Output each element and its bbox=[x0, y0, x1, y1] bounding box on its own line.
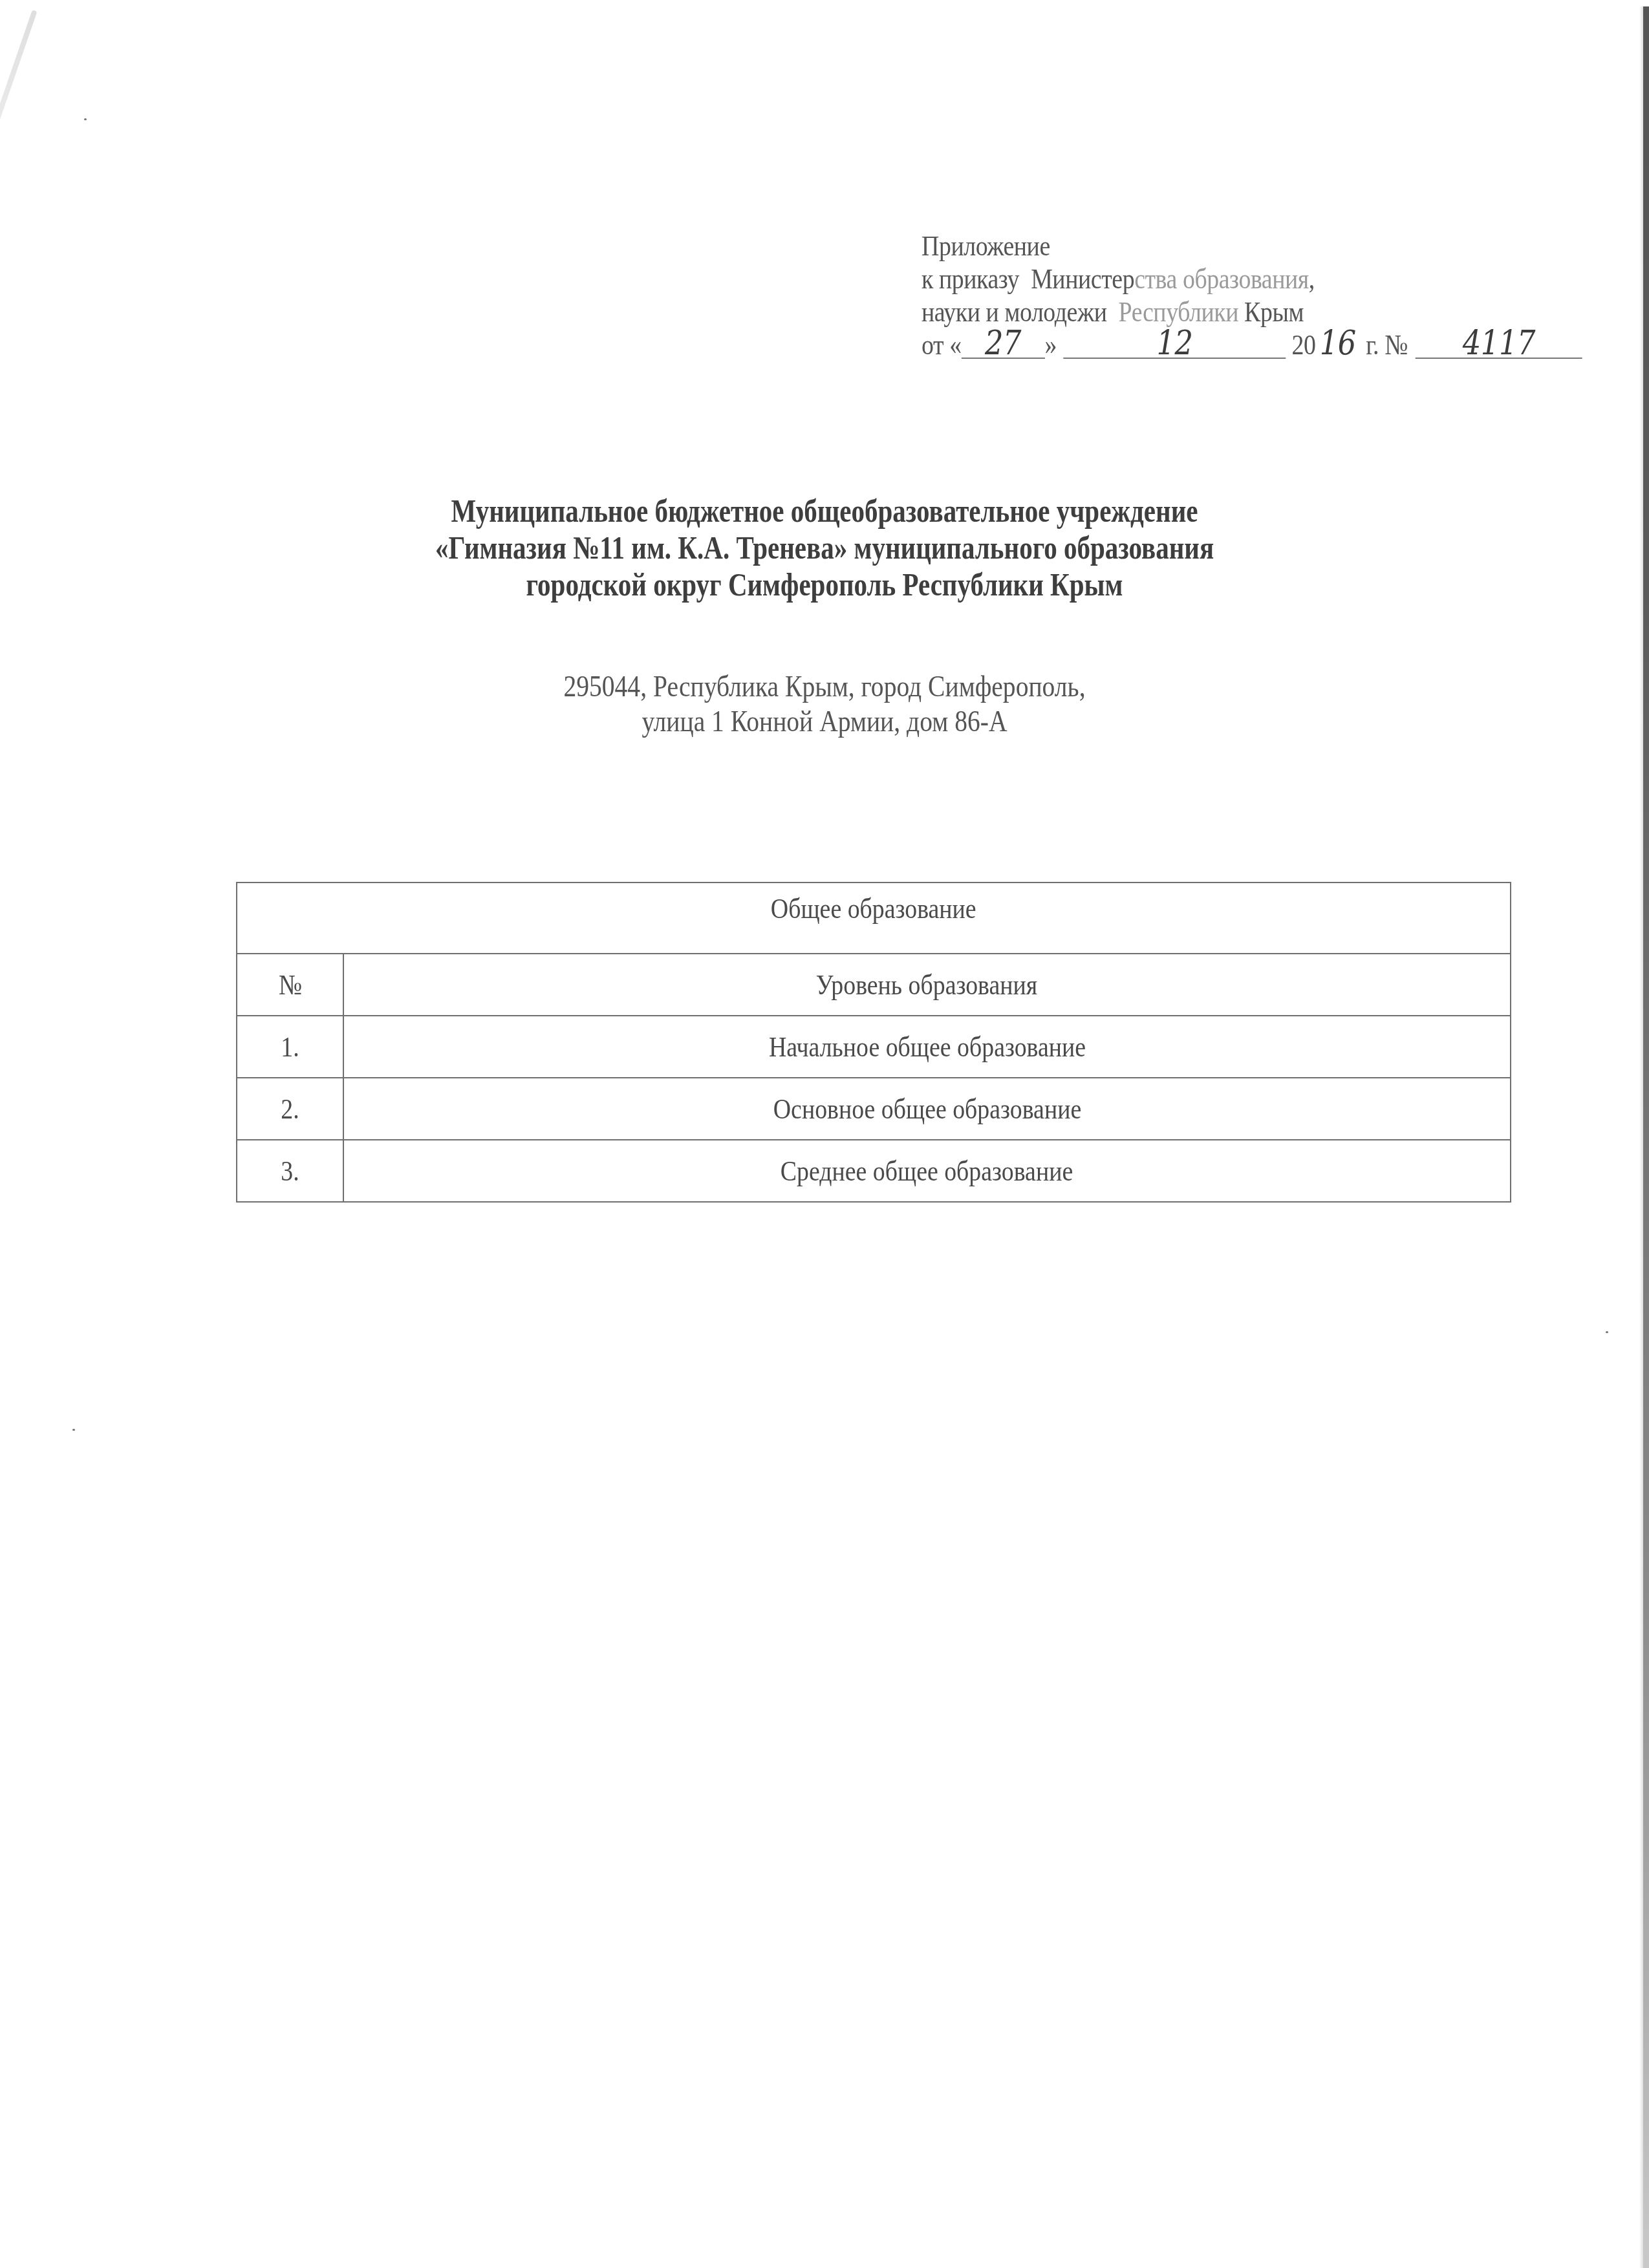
appendix-header: Приложение к приказу Министерства образо… bbox=[921, 230, 1582, 361]
row-number-text: 3. bbox=[281, 1155, 299, 1188]
table-row: 2. Основное общее образование bbox=[237, 1078, 1511, 1140]
scan-streak-artifact bbox=[0, 10, 38, 213]
handwritten-order-number: 4117 bbox=[1416, 329, 1582, 359]
handwritten-year: 16 bbox=[1315, 329, 1360, 358]
year-prefix: 20 bbox=[1286, 329, 1315, 361]
scan-page-edge bbox=[1643, 6, 1649, 2268]
row-level-text: Среднее общее образование bbox=[781, 1155, 1073, 1188]
header-level-text: Уровень образования bbox=[816, 968, 1037, 1001]
address-line-2: улица 1 Конной Армии, дом 86-А bbox=[116, 704, 1534, 739]
scan-speck-artifact bbox=[72, 1429, 75, 1431]
institution-line-1: Муниципальное бюджетное общеобразователь… bbox=[149, 493, 1501, 530]
institution-line-2: «Гимназия №11 им. К.А. Тренева» муниципа… bbox=[149, 530, 1501, 566]
table-row: 1. Начальное общее образование bbox=[237, 1016, 1511, 1078]
education-levels-table: Общее образование № Уровень образования … bbox=[236, 882, 1511, 1203]
row-number: 2. bbox=[237, 1078, 343, 1140]
date-prefix: от « bbox=[921, 329, 962, 361]
header-number: № bbox=[237, 954, 343, 1016]
row-number: 3. bbox=[237, 1140, 343, 1202]
row-level-text: Основное общее образование bbox=[773, 1093, 1081, 1126]
institution-line-3: городской округ Симферополь Республики К… bbox=[149, 566, 1501, 603]
handwritten-month: 12 bbox=[1063, 329, 1286, 359]
address-line-1: 295044, Республика Крым, город Симферопо… bbox=[116, 669, 1534, 704]
row-number-text: 2. bbox=[281, 1093, 299, 1126]
appendix-title: Приложение bbox=[921, 230, 1582, 262]
institution-name: Муниципальное бюджетное общеобразователь… bbox=[0, 493, 1649, 603]
table-caption-row: Общее образование bbox=[237, 883, 1511, 954]
scan-speck-artifact bbox=[1606, 1331, 1608, 1333]
row-level-text: Начальное общее образование bbox=[768, 1031, 1085, 1064]
institution-address: 295044, Республика Крым, город Симферопо… bbox=[0, 669, 1649, 739]
row-number: 1. bbox=[237, 1016, 343, 1078]
table-row: 3. Среднее общее образование bbox=[237, 1140, 1511, 1202]
table-caption: Общее образование bbox=[237, 883, 1511, 954]
table-caption-text: Общее образование bbox=[771, 892, 976, 925]
scan-speck-artifact bbox=[84, 118, 87, 120]
header-number-text: № bbox=[278, 968, 301, 1001]
appendix-order-line-1: к приказу Министерства образования, bbox=[921, 262, 1582, 295]
handwritten-day: 27 bbox=[962, 329, 1045, 359]
row-level: Основное общее образование bbox=[343, 1078, 1511, 1140]
table-header-row: № Уровень образования bbox=[237, 954, 1511, 1016]
row-level: Начальное общее образование bbox=[343, 1016, 1511, 1078]
header-level: Уровень образования bbox=[343, 954, 1511, 1016]
row-level: Среднее общее образование bbox=[343, 1140, 1511, 1202]
appendix-date-line: от «27»12 2016 г. №4117 bbox=[921, 328, 1582, 361]
number-prefix: г. № bbox=[1360, 329, 1408, 361]
row-number-text: 1. bbox=[281, 1031, 299, 1064]
date-day-suffix: » bbox=[1045, 329, 1057, 361]
